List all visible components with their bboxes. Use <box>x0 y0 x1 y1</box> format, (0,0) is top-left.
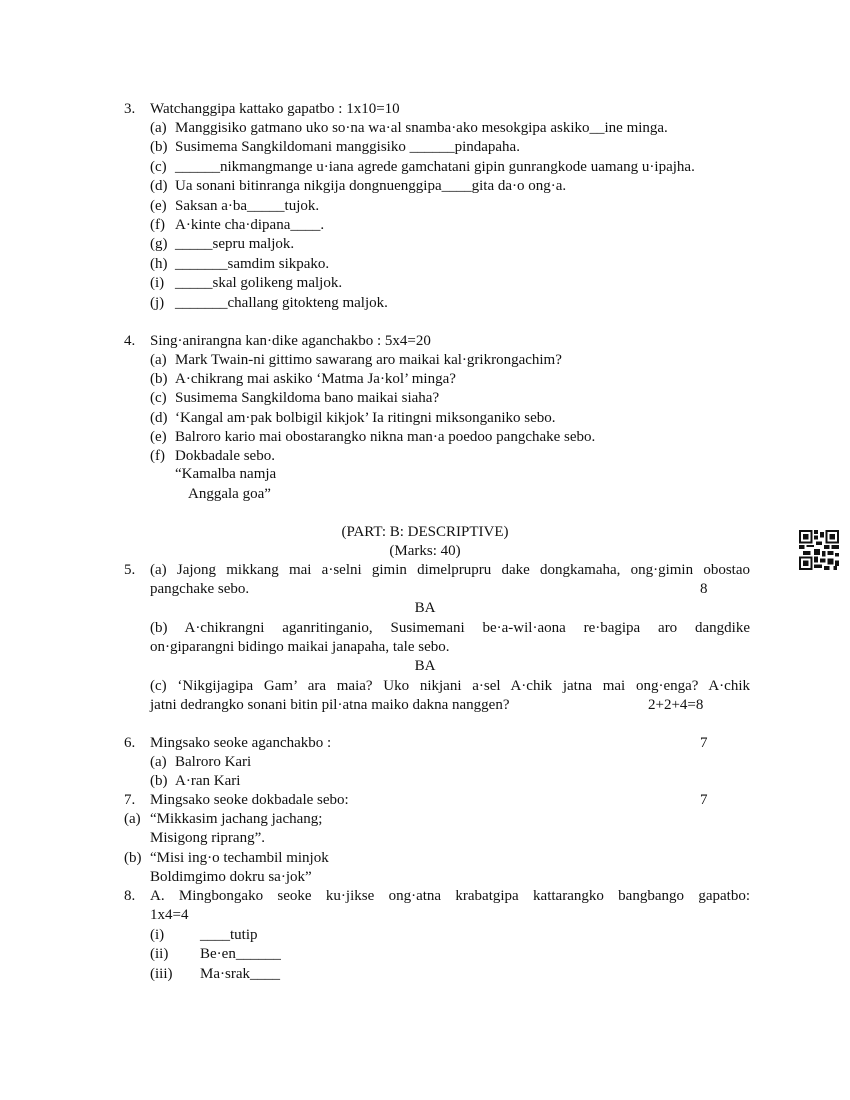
q4-item-label: (d) <box>150 409 175 427</box>
q3-item: (j)_______challang gitokteng maljok. <box>150 294 388 312</box>
q4-item-text: Mark Twain-ni gittimo sawarang aro maika… <box>175 352 562 368</box>
q6-item-a-text: Balroro Kari <box>175 754 251 770</box>
q4-item-text: Susimema Sangkildoma bano maikai siaha? <box>175 390 439 406</box>
q8-line1: A. Mingbongako seoke ku·jikse ong·atna k… <box>150 887 750 905</box>
q3-item-text: ______nikmangmange u·iana agrede gamchat… <box>175 159 695 175</box>
q4-item: (c)Susimema Sangkildoma bano maikai siah… <box>150 389 439 407</box>
q3-item-text: Manggisiko gatmano uko so·na wa·al snamb… <box>175 120 668 136</box>
q5-or-1: BA <box>0 599 850 617</box>
q8-item-label: (i) <box>150 926 200 944</box>
q8-line2: 1x4=4 <box>150 906 188 924</box>
q3-item-text: _____skal golikeng maljok. <box>175 275 342 291</box>
q5-number: 5. <box>124 561 135 579</box>
q3-item-label: (i) <box>150 274 175 292</box>
q4-item: (b)A·chikrang mai askiko ‘Matma Ja·kol’ … <box>150 370 456 388</box>
q3-item-text: A·kinte cha·dipana____. <box>175 217 324 233</box>
q6-number: 6. <box>124 734 135 752</box>
q4-item-label: (e) <box>150 428 175 446</box>
q3-item: (i)_____skal golikeng maljok. <box>150 274 342 292</box>
q8-item-text: Ma·srak____ <box>200 966 280 982</box>
q4-item-label: (c) <box>150 389 175 407</box>
q3-item-label: (b) <box>150 138 175 156</box>
q4-item-text: ‘Kangal am·pak bolbigil kikjok’ Ia ritin… <box>175 410 556 426</box>
q3-item: (h)_______samdim sikpako. <box>150 255 329 273</box>
q4-item: (e)Balroro kario mai obostarangko nikna … <box>150 428 595 446</box>
q3-item-label: (d) <box>150 177 175 195</box>
q7-title: Mingsako seoke dokbadale sebo: <box>150 791 349 809</box>
q3-item-text: Ua sonani bitinranga nikgija dongnuenggi… <box>175 178 566 194</box>
part-b-marks: (Marks: 40) <box>0 542 850 560</box>
q8-item: (iii)Ma·srak____ <box>150 965 280 983</box>
q5-a-line1: (a) Jajong mikkang mai a·selni gimin dim… <box>150 561 750 579</box>
q7-b-label: (b) <box>124 849 142 867</box>
q7-a-line2: Misigong riprang”. <box>150 829 265 847</box>
q4-quote-line2: Anggala goa” <box>188 485 271 503</box>
q3-item-text: _______samdim sikpako. <box>175 256 329 272</box>
q3-item: (g)_____sepru maljok. <box>150 235 294 253</box>
q8-item-text: ____tutip <box>200 927 258 943</box>
q7-a-line1: “Mikkasim jachang jachang; <box>150 810 322 828</box>
q5-b-line2: on·giparangni bidingo maikai janapaha, t… <box>150 638 450 656</box>
q3-item-label: (c) <box>150 158 175 176</box>
q4-number: 4. <box>124 332 135 350</box>
q6-item-a: (a)Balroro Kari <box>150 753 251 771</box>
q5-c-marks: 2+2+4=8 <box>648 696 703 714</box>
q7-b-line1: “Misi ing·o techambil minjok <box>150 849 329 867</box>
q3-item: (a)Manggisiko gatmano uko so·na wa·al sn… <box>150 119 668 137</box>
q7-b-line2: Boldimgimo dokru sa·jok” <box>150 868 312 886</box>
q4-item-text: Dokbadale sebo. <box>175 448 275 464</box>
q3-item: (e)Saksan a·ba_____tujok. <box>150 197 319 215</box>
q4-quote-line1: “Kamalba namja <box>175 465 276 483</box>
q5-b-line1: (b) A·chikrangni aganritinganio, Susimem… <box>150 619 750 637</box>
q3-item-label: (f) <box>150 216 175 234</box>
q6-item-a-label: (a) <box>150 753 175 771</box>
q3-number: 3. <box>124 100 135 118</box>
q3-item-text: _______challang gitokteng maljok. <box>175 295 388 311</box>
q3-item: (d)Ua sonani bitinranga nikgija dongnuen… <box>150 177 566 195</box>
q8-item-label: (ii) <box>150 945 200 963</box>
q4-item-label: (b) <box>150 370 175 388</box>
q7-number: 7. <box>124 791 135 809</box>
q4-title: Sing·anirangna kan·dike aganchakbo : 5x4… <box>150 332 431 350</box>
q5-c-line1: (c) ‘Nikgijagipa Gam’ ara maia? Uko nikj… <box>150 677 750 695</box>
q3-item-label: (h) <box>150 255 175 273</box>
q3-item-text: Susimema Sangkildomani manggisiko ______… <box>175 139 520 155</box>
q3-item: (f)A·kinte cha·dipana____. <box>150 216 324 234</box>
q8-item: (i)____tutip <box>150 926 258 944</box>
q5-c-line2: jatni dedrangko sonani bitin pil·atna ma… <box>150 696 509 714</box>
q4-item: (a)Mark Twain-ni gittimo sawarang aro ma… <box>150 351 562 369</box>
q8-item-label: (iii) <box>150 965 200 983</box>
q7-marks: 7 <box>700 791 708 809</box>
qr-code-icon <box>799 530 839 570</box>
q6-item-b-label: (b) <box>150 772 175 790</box>
q4-item-label: (f) <box>150 447 175 465</box>
q8-item-text: Be·en______ <box>200 946 281 962</box>
q5-or-2: BA <box>0 657 850 675</box>
q6-marks: 7 <box>700 734 708 752</box>
q6-item-b: (b)A·ran Kari <box>150 772 240 790</box>
q3-item: (b)Susimema Sangkildomani manggisiko ___… <box>150 138 520 156</box>
q5-a-marks: 8 <box>700 580 708 598</box>
q6-item-b-text: A·ran Kari <box>175 773 240 789</box>
q3-item-text: _____sepru maljok. <box>175 236 294 252</box>
q3-title: Watchanggipa kattako gapatbo : 1x10=10 <box>150 100 400 118</box>
q8-number: 8. <box>124 887 135 905</box>
q3-item-text: Saksan a·ba_____tujok. <box>175 198 319 214</box>
q4-item-label: (a) <box>150 351 175 369</box>
q6-title: Mingsako seoke aganchakbo : <box>150 734 331 752</box>
part-b-heading: (PART: B: DESCRIPTIVE) <box>0 523 850 541</box>
q3-item-label: (a) <box>150 119 175 137</box>
q4-item: (f)Dokbadale sebo. <box>150 447 275 465</box>
q3-item-label: (j) <box>150 294 175 312</box>
q7-a-label: (a) <box>124 810 141 828</box>
q3-item: (c)______nikmangmange u·iana agrede gamc… <box>150 158 695 176</box>
q4-item-text: A·chikrang mai askiko ‘Matma Ja·kol’ min… <box>175 371 456 387</box>
q4-item: (d)‘Kangal am·pak bolbigil kikjok’ Ia ri… <box>150 409 556 427</box>
q3-item-label: (e) <box>150 197 175 215</box>
q5-a-line2: pangchake sebo. <box>150 580 249 598</box>
q8-item: (ii)Be·en______ <box>150 945 281 963</box>
q4-item-text: Balroro kario mai obostarangko nikna man… <box>175 429 595 445</box>
q3-item-label: (g) <box>150 235 175 253</box>
